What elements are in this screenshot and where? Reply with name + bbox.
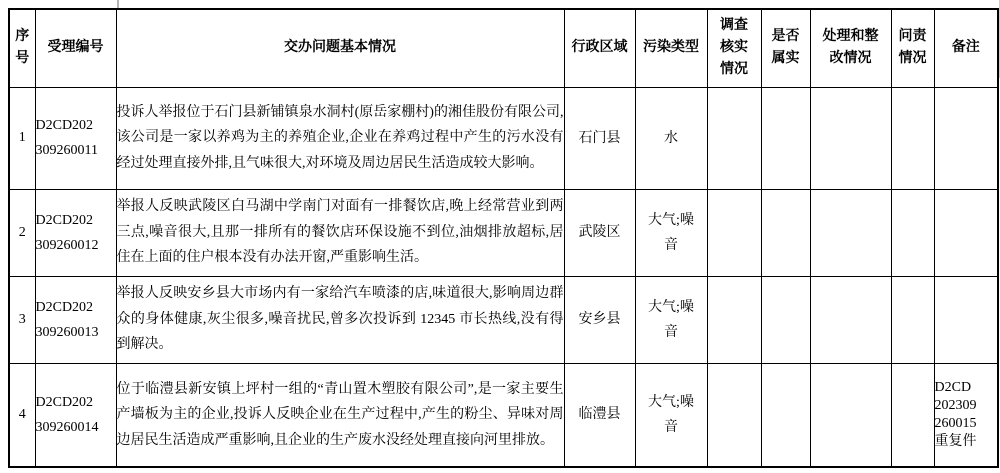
cell-accountability bbox=[891, 87, 934, 189]
col-header-accountability: 问责 情况 bbox=[891, 9, 934, 87]
cell-handling bbox=[810, 87, 891, 189]
cell-handling bbox=[810, 363, 891, 467]
col-header-issue: 交办问题基本情况 bbox=[116, 9, 564, 87]
col-header-remark: 备注 bbox=[934, 9, 998, 87]
cell-seq: 2 bbox=[9, 189, 35, 276]
cell-remark bbox=[934, 276, 998, 363]
table-row: 4 D2CD202 309260014 位于临澧县新安镇上坪村一组的“青山置木塑… bbox=[9, 363, 998, 467]
col-header-seq: 序 号 bbox=[9, 9, 35, 87]
table-row: 1 D2CD202 309260011 投诉人举报位于石门县新铺镇泉水洞村(原岳… bbox=[9, 87, 998, 189]
cell-case-no: D2CD202 309260012 bbox=[35, 189, 116, 276]
cell-issue: 举报人反映武陵区白马湖中学南门对面有一排餐饮店,晚上经常营业到两三点,噪音很大,… bbox=[116, 189, 564, 276]
cell-verified bbox=[761, 363, 810, 467]
cell-region: 石门县 bbox=[564, 87, 635, 189]
cell-pollution: 大气;噪 音 bbox=[635, 363, 707, 467]
cell-verified bbox=[761, 189, 810, 276]
cell-seq: 4 bbox=[9, 363, 35, 467]
cell-region: 武陵区 bbox=[564, 189, 635, 276]
cell-accountability bbox=[891, 363, 934, 467]
table-row: 3 D2CD202 309260013 举报人反映安乡县大市场内有一家给汽车喷漆… bbox=[9, 276, 998, 363]
cell-case-no: D2CD202 309260013 bbox=[35, 276, 116, 363]
col-header-investigation: 调查 核实 情况 bbox=[707, 9, 761, 87]
cell-investigation bbox=[707, 189, 761, 276]
cell-verified bbox=[761, 87, 810, 189]
cell-investigation bbox=[707, 363, 761, 467]
cell-pollution: 大气;噪 音 bbox=[635, 276, 707, 363]
cell-issue: 投诉人举报位于石门县新铺镇泉水洞村(原岳家棚村)的湘佳股份有限公司,该公司是一家… bbox=[116, 87, 564, 189]
cell-issue: 位于临澧县新安镇上坪村一组的“青山置木塑胶有限公司”,是一家主要生产墙板为主的企… bbox=[116, 363, 564, 467]
col-header-case-no: 受理编号 bbox=[35, 9, 116, 87]
table-header-row: 序 号 受理编号 交办问题基本情况 行政区域 污染类型 调查 核实 情况 是否 … bbox=[9, 9, 998, 87]
cell-region: 安乡县 bbox=[564, 276, 635, 363]
cell-case-no: D2CD202 309260011 bbox=[35, 87, 116, 189]
cell-case-no: D2CD202 309260014 bbox=[35, 363, 116, 467]
document-page: 序 号 受理编号 交办问题基本情况 行政区域 污染类型 调查 核实 情况 是否 … bbox=[0, 0, 1000, 473]
cell-pollution: 大气;噪 音 bbox=[635, 189, 707, 276]
cell-handling bbox=[810, 189, 891, 276]
cell-investigation bbox=[707, 276, 761, 363]
table-row: 2 D2CD202 309260012 举报人反映武陵区白马湖中学南门对面有一排… bbox=[9, 189, 998, 276]
col-header-handling: 处理和整 改情况 bbox=[810, 9, 891, 87]
cell-remark bbox=[934, 189, 998, 276]
cell-issue: 举报人反映安乡县大市场内有一家给汽车喷漆的店,味道很大,影响周边群众的身体健康,… bbox=[116, 276, 564, 363]
cell-investigation bbox=[707, 87, 761, 189]
cell-handling bbox=[810, 276, 891, 363]
cell-verified bbox=[761, 276, 810, 363]
col-header-pollution: 污染类型 bbox=[635, 9, 707, 87]
complaint-assignment-table: 序 号 受理编号 交办问题基本情况 行政区域 污染类型 调查 核实 情况 是否 … bbox=[8, 8, 999, 468]
cell-accountability bbox=[891, 189, 934, 276]
cell-remark: D2CD 202309 260015 重复件 bbox=[934, 363, 998, 467]
cell-region: 临澧县 bbox=[564, 363, 635, 467]
cell-remark bbox=[934, 87, 998, 189]
cell-seq: 3 bbox=[9, 276, 35, 363]
cell-pollution: 水 bbox=[635, 87, 707, 189]
cell-accountability bbox=[891, 276, 934, 363]
col-header-region: 行政区域 bbox=[564, 9, 635, 87]
cell-seq: 1 bbox=[9, 87, 35, 189]
col-header-verified: 是否 属实 bbox=[761, 9, 810, 87]
